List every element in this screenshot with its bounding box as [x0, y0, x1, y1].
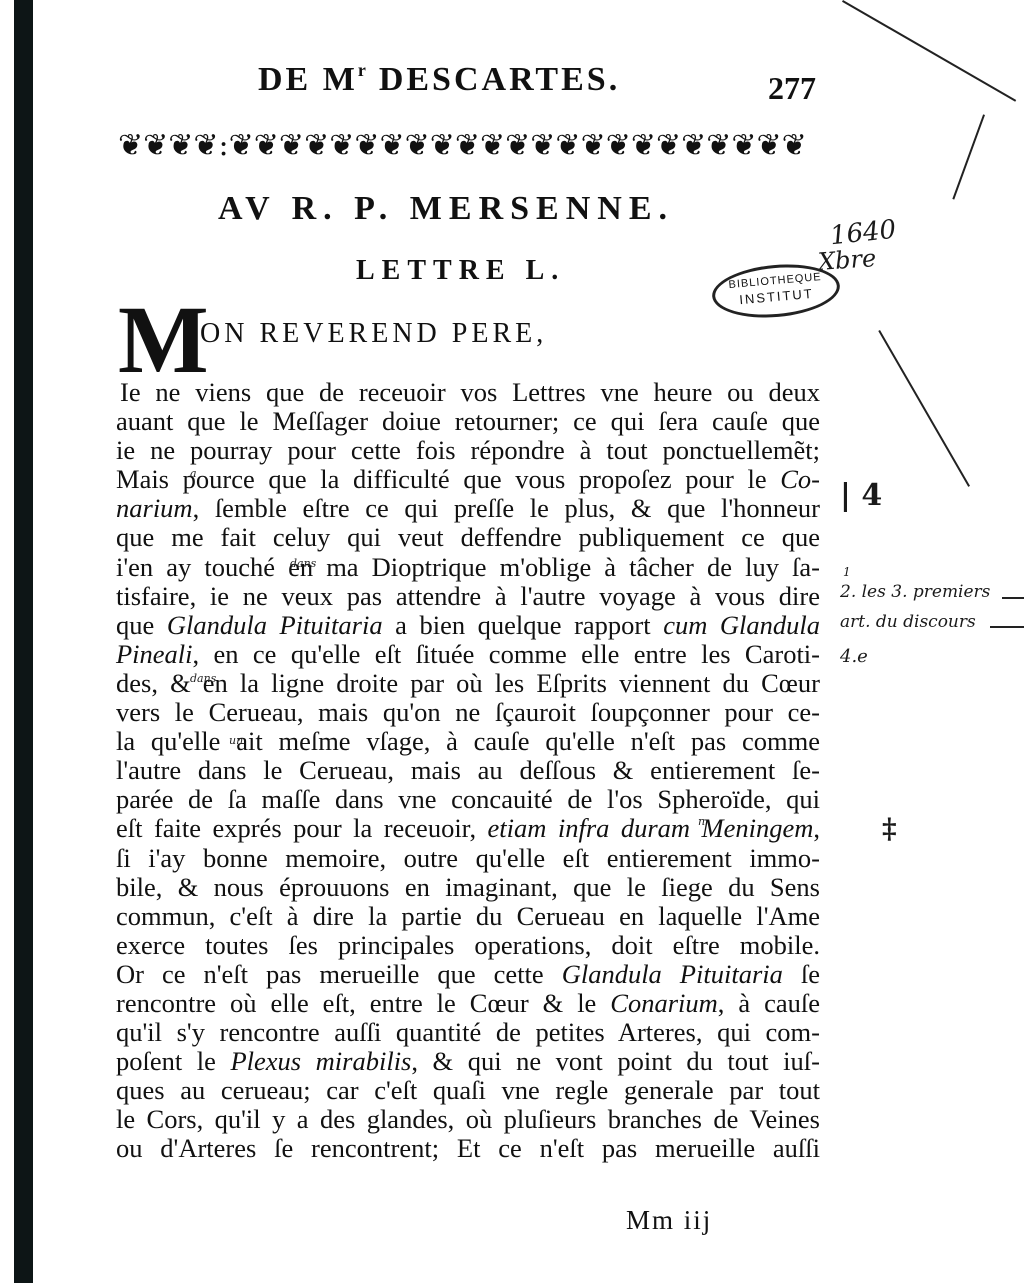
text-line: des, & en la ligne droite par où les Eſp… [116, 669, 820, 698]
text-line: auant que le Meſſager doiue retourner; c… [116, 407, 820, 436]
latin-term: Co- [780, 464, 820, 494]
salutation: ON REVEREND PERE, [200, 318, 547, 350]
page-number: 277 [768, 70, 816, 107]
text-line: i'en ay touché en ma Dioptrique m'oblige… [116, 553, 820, 582]
margin-mark: ‡ [882, 812, 897, 845]
text-line: ou d'Arteres ſe rencontrent; Et ce n'eſt… [116, 1134, 820, 1163]
text-line: la qu'elle ait meſme vſage, à cauſe qu'e… [116, 727, 820, 756]
text-line: qu'il s'y rencontre auſſi quantité de pe… [116, 1018, 820, 1047]
signature-mark: Mm iij [626, 1205, 712, 1236]
drop-capital: M [118, 300, 209, 380]
text-line: eſt faite exprés pour la receuoir, etiam… [116, 814, 820, 843]
text-line: parée de ſa maſſe dans vne concauité de … [116, 785, 820, 814]
text-line: que Glandula Pituitaria a bien quelque r… [116, 611, 820, 640]
margin-note-2-line: 2. les 3. premiers [840, 582, 990, 602]
interlinear-correction: un [229, 734, 243, 747]
margin-note-2-line: art. du discours [840, 612, 976, 632]
latin-term: narium [116, 493, 193, 523]
running-head-superscript: r [358, 60, 369, 80]
text-line: tisfaire, ie ne veux pas attendre à l'au… [116, 582, 820, 611]
text-line: exerce toutes ſes principales operations… [116, 931, 820, 960]
text-line: que me fait celuy qui veut deffendre pub… [116, 523, 820, 552]
interlinear-correction: dans [290, 557, 316, 570]
text-line: ques au cerueau; car c'eſt quaſi vne reg… [116, 1076, 820, 1105]
text-line: l'autre dans le Cerueau, mais au deſſous… [116, 756, 820, 785]
text-line: poſent le Plexus mirabilis, & qui ne von… [116, 1047, 820, 1076]
margin-note-2-line: 4.e [840, 646, 868, 667]
margin-note-1: | 4 [840, 478, 882, 513]
page-fold-line [879, 330, 970, 487]
latin-term: Glandula Pituitaria [562, 959, 783, 989]
interlinear-correction: n [698, 815, 705, 828]
running-head-prefix: DE M [258, 61, 358, 98]
text-line: bile, & nous éprouuons en imaginant, que… [116, 873, 820, 902]
text-line: ie ne pourray pour cette fois répondre à… [116, 436, 820, 465]
page-fold-line [1002, 597, 1024, 599]
book-spine-shadow [14, 0, 33, 1283]
latin-term: Plexus mirabilis [230, 1046, 411, 1076]
text-line: Pineali, en ce qu'elle eſt ſituée comme … [116, 640, 820, 669]
running-head-name: DESCARTES. [379, 61, 620, 98]
interlinear-correction: a [190, 467, 197, 480]
latin-term: cum Glandula [663, 610, 820, 640]
letter-number: LETTRE L. [356, 255, 565, 287]
interlinear-correction: dans [190, 672, 216, 685]
text-line: ſi i'ay bonne memoire, outre qu'elle eſt… [116, 844, 820, 873]
margin-note-2-mark: 1 [843, 565, 851, 579]
letter-body: Ie ne viens que de receuoir vos Lettres … [116, 378, 820, 1164]
text-line: narium, ſemble eſtre ce qui preſſe le pl… [116, 494, 820, 523]
page-fold-line [990, 626, 1024, 628]
page-fold-line [842, 0, 1016, 101]
text-line: Mais pource que la difficulté que vous p… [116, 465, 820, 494]
text-line: rencontre où elle eſt, entre le Cœur & l… [116, 989, 820, 1018]
latin-term: etiam infra duram Meningem [488, 813, 814, 843]
text-line: vers le Cerueau, mais qu'on ne ſçauroit … [116, 698, 820, 727]
text-line: le Cors, qu'il y a des glandes, où pluſi… [116, 1105, 820, 1134]
letter-addressee: AV R. P. MERSENNE. [218, 190, 674, 228]
page-fold-line [953, 114, 985, 199]
latin-term: Conarium [610, 988, 718, 1018]
fleuron-ornament-band: ❦❦❦❦:❦❦❦❦❦❦❦❦❦❦❦❦❦❦❦❦❦❦❦❦❦❦❦ [118, 128, 818, 163]
latin-term: Glandula Pituitaria [167, 610, 383, 640]
running-head: DE MrDESCARTES. [258, 60, 620, 99]
text-line: commun, c'eſt à dire la partie du Ceruea… [116, 902, 820, 931]
library-stamp: BIBLIOTHEQUE INSTITUT [710, 260, 842, 323]
text-line: Or ce n'eſt pas merueille que cette Glan… [116, 960, 820, 989]
text-line: Ie ne viens que de receuoir vos Lettres … [116, 378, 820, 407]
latin-term: Pineali [116, 639, 193, 669]
